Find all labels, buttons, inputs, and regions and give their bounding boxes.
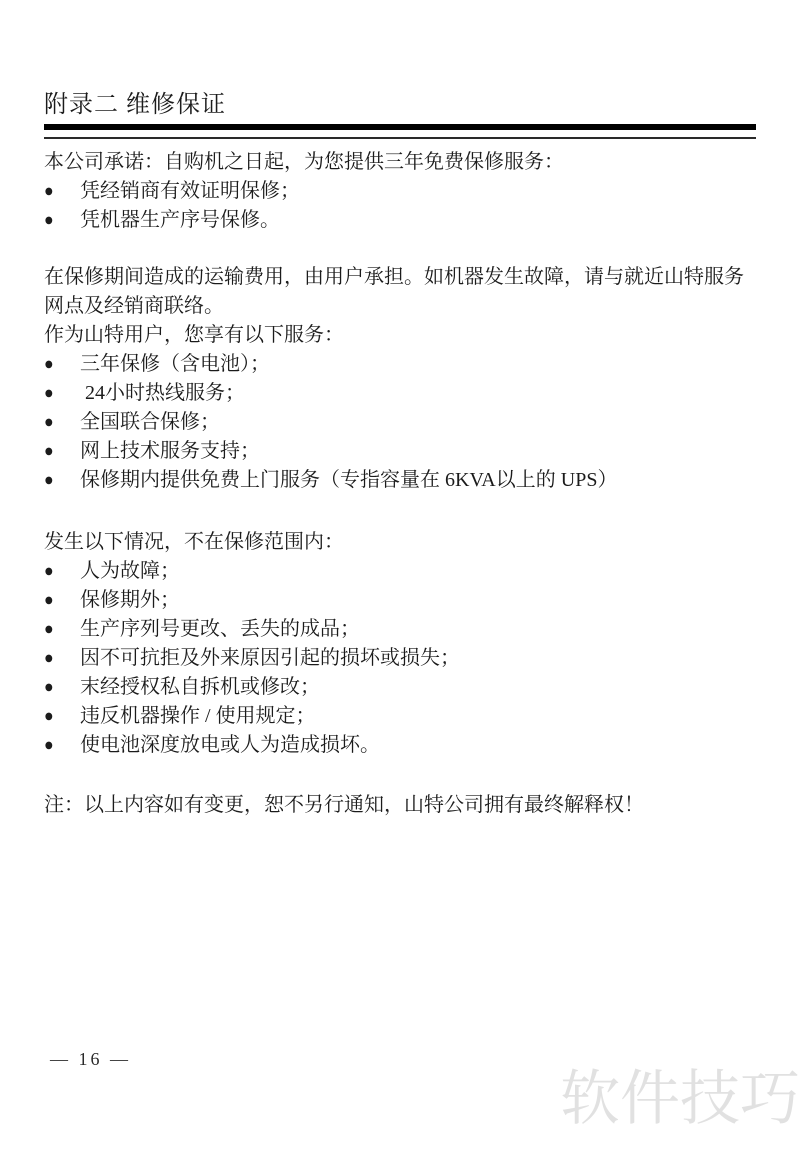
bullet-icon: ● — [44, 671, 80, 703]
exclusions-section: 发生以下情况，不在保修范围内： ● 人为故障； ● 保修期外； ● 生产序列号更… — [44, 528, 756, 760]
services-paragraph: 在保修期间造成的运输费用，由用户承担。如机器发生故障，请与就近山特服务网点及经销… — [44, 263, 756, 321]
list-item-text: 网上技术服务支持； — [80, 437, 260, 466]
list-item-text: 因不可抗拒及外来原因引起的损坏或损失； — [80, 644, 460, 673]
warranty-promise-section: 本公司承诺：自购机之日起，为您提供三年免费保修服务： ● 凭经销商有效证明保修；… — [44, 148, 756, 235]
bullet-icon: ● — [44, 348, 80, 380]
list-item-text: 使电池深度放电或人为造成损坏。 — [80, 731, 380, 760]
services-section: 在保修期间造成的运输费用，由用户承担。如机器发生故障，请与就近山特服务网点及经销… — [44, 263, 756, 495]
list-item: ● 末经授权私自拆机或修改； — [44, 673, 756, 702]
list-item: ● 人为故障； — [44, 557, 756, 586]
page-title: 附录二 维修保证 — [44, 90, 756, 120]
bullet-icon: ● — [44, 584, 80, 616]
services-intro: 作为山特用户，您享有以下服务： — [44, 321, 756, 350]
bullet-icon: ● — [44, 613, 80, 645]
bullet-icon: ● — [44, 377, 80, 409]
exclusions-intro: 发生以下情况，不在保修范围内： — [44, 528, 756, 557]
list-item: ● 保修期内提供免费上门服务（专指容量在 6KVA以上的 UPS） — [44, 466, 756, 495]
list-item: ● 网上技术服务支持； — [44, 437, 756, 466]
page-content: 附录二 维修保证 本公司承诺：自购机之日起，为您提供三年免费保修服务： ● 凭经… — [44, 90, 756, 820]
watermark-text: 软件技巧 — [560, 1064, 800, 1134]
list-item-text: 人为故障； — [80, 557, 180, 586]
list-item: ● 24小时热线服务； — [44, 379, 756, 408]
title-rule-thin — [44, 137, 756, 139]
list-item-text: 凭经销商有效证明保修； — [80, 177, 300, 206]
bullet-icon: ● — [44, 729, 80, 761]
list-item: ● 生产序列号更改、丢失的成品； — [44, 615, 756, 644]
list-item-text: 24小时热线服务； — [80, 379, 245, 408]
list-item: ● 凭经销商有效证明保修； — [44, 177, 756, 206]
list-item: ● 凭机器生产序号保修。 — [44, 206, 756, 235]
bullet-icon: ● — [44, 435, 80, 467]
list-item-text: 生产序列号更改、丢失的成品； — [80, 615, 360, 644]
bullet-icon: ● — [44, 406, 80, 438]
list-item: ● 全国联合保修； — [44, 408, 756, 437]
list-item-text: 三年保修（含电池）； — [80, 350, 270, 379]
bullet-icon: ● — [44, 700, 80, 732]
bullet-icon: ● — [44, 175, 80, 207]
list-item-text: 末经授权私自拆机或修改； — [80, 673, 320, 702]
list-item: ● 因不可抗拒及外来原因引起的损坏或损失； — [44, 644, 756, 673]
manual-page: 附录二 维修保证 本公司承诺：自购机之日起，为您提供三年免费保修服务： ● 凭经… — [0, 0, 800, 1160]
list-item-text: 违反机器操作 / 使用规定； — [80, 702, 316, 731]
bullet-icon: ● — [44, 464, 80, 496]
list-item-text: 保修期内提供免费上门服务（专指容量在 6KVA以上的 UPS） — [80, 466, 617, 495]
list-item: ● 保修期外； — [44, 586, 756, 615]
bullet-icon: ● — [44, 642, 80, 674]
bullet-icon: ● — [44, 204, 80, 236]
list-item-text: 保修期外； — [80, 586, 180, 615]
note-text: 注：以上内容如有变更，恕不另行通知，山特公司拥有最终解释权！ — [44, 791, 756, 820]
list-item-text: 全国联合保修； — [80, 408, 220, 437]
title-rule-thick — [44, 124, 756, 130]
note-section: 注：以上内容如有变更，恕不另行通知，山特公司拥有最终解释权！ — [44, 791, 756, 820]
list-item: ● 使电池深度放电或人为造成损坏。 — [44, 731, 756, 760]
page-number: — 16 — — [50, 1046, 131, 1072]
promise-intro: 本公司承诺：自购机之日起，为您提供三年免费保修服务： — [44, 148, 756, 177]
list-item: ● 违反机器操作 / 使用规定； — [44, 702, 756, 731]
list-item: ● 三年保修（含电池）； — [44, 350, 756, 379]
bullet-icon: ● — [44, 555, 80, 587]
list-item-text: 凭机器生产序号保修。 — [80, 206, 280, 235]
